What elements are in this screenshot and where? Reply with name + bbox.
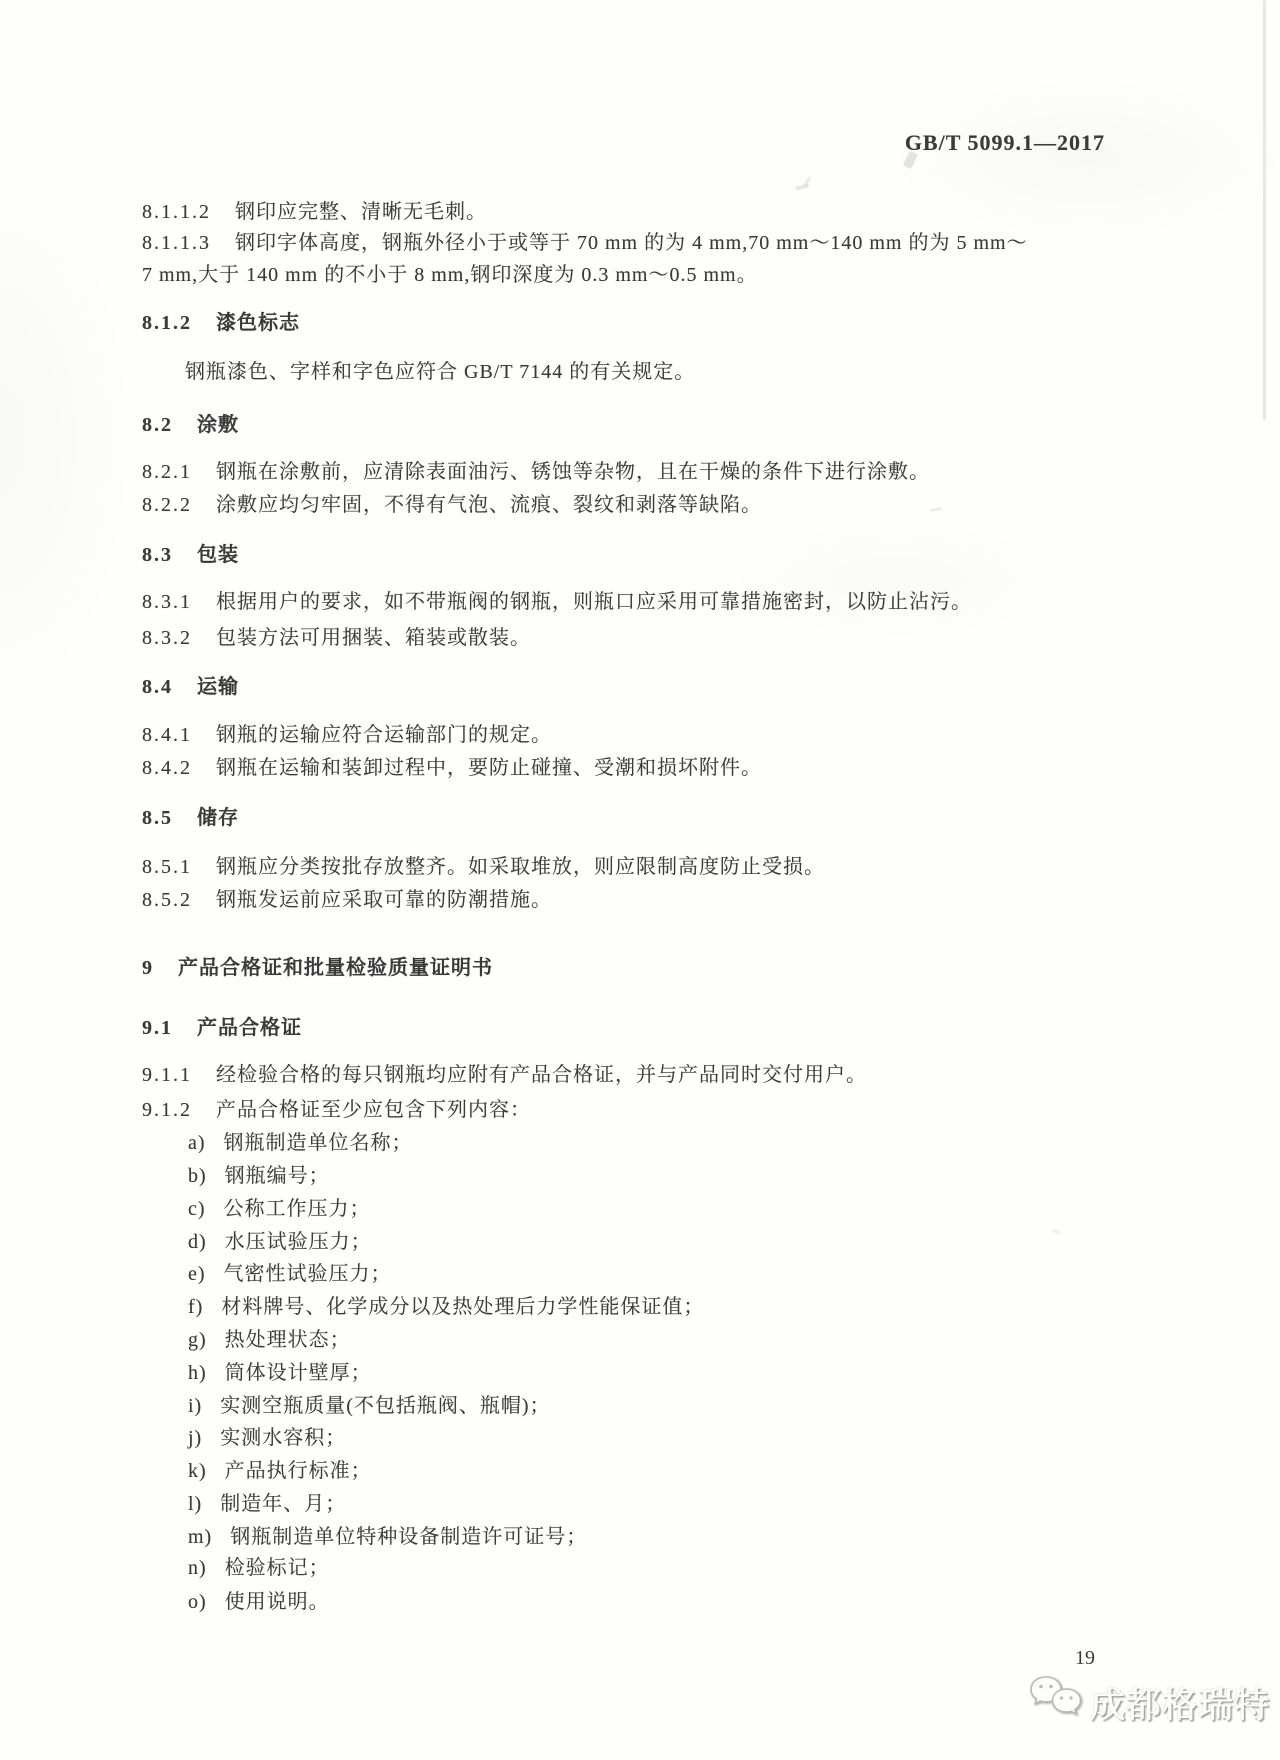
list-text: 实测水容积； [220, 1427, 346, 1449]
list-text: 使用说明。 [225, 1591, 330, 1613]
clause-text: 根据用户的要求，如不带瓶阀的钢瓶，则瓶口应采用可靠措施密封，以防止沾污。 [216, 591, 972, 613]
clause-text: 经检验合格的每只钢瓶均应附有产品合格证，并与产品同时交付用户。 [216, 1064, 867, 1086]
clause-number: 8.5.1 [142, 852, 192, 882]
clause-number: 9.1.2 [142, 1095, 192, 1125]
clause-8.1.1.3: 8.1.1.3钢印字体高度，钢瓶外径小于或等于 70 mm 的为 4 mm,70… [142, 228, 1110, 258]
clause-number: 9.1.1 [142, 1060, 192, 1090]
clause-text: 钢瓶在运输和装卸过程中，要防止碰撞、受潮和损坏附件。 [216, 757, 762, 779]
page-number: 19 [142, 1643, 1110, 1673]
heading-8.3: 8.3包装 [142, 540, 1110, 570]
heading-text: 漆色标志 [216, 312, 300, 334]
heading-8.4: 8.4运输 [142, 672, 1110, 702]
list-letter: o) [188, 1587, 207, 1617]
list-item-a: a)钢瓶制造单位名称； [142, 1128, 1110, 1158]
clause-number: 8.3.2 [142, 623, 192, 653]
list-item-l: l)制造年、月； [142, 1489, 1110, 1519]
list-item-c: c)公称工作压力； [142, 1194, 1110, 1224]
heading-8.1.2: 8.1.2漆色标志 [142, 308, 1110, 338]
list-item-n: n)检验标记； [142, 1553, 1110, 1583]
list-text: 筒体设计壁厚； [225, 1362, 372, 1384]
list-text: 热处理状态； [225, 1329, 351, 1351]
standard-number-header: GB/T 5099.1—2017 [142, 128, 1110, 158]
clause-text: 钢瓶的运输应符合运输部门的规定。 [216, 724, 552, 746]
clause-number: 8.1.1.2 [142, 197, 211, 227]
list-text: 产品执行标准； [225, 1460, 372, 1482]
clause-8.5.1: 8.5.1钢瓶应分类按批存放整齐。如采取堆放，则应限制高度防止受损。 [142, 852, 1110, 882]
clause-8.1.1.3-continued: 7 mm,大于 140 mm 的不小于 8 mm,钢印深度为 0.3 mm～0.… [142, 260, 1110, 290]
clause-number: 8.4.1 [142, 720, 192, 750]
clause-text: 钢印应完整、清晰无毛刺。 [235, 201, 487, 223]
clause-8.4.1: 8.4.1钢瓶的运输应符合运输部门的规定。 [142, 720, 1110, 750]
clause-8.3.2: 8.3.2包装方法可用捆装、箱装或散装。 [142, 623, 1110, 653]
list-letter: g) [188, 1325, 207, 1355]
list-letter: j) [188, 1423, 202, 1453]
list-letter: c) [188, 1194, 206, 1224]
clause-text: 钢瓶应分类按批存放整齐。如采取堆放，则应限制高度防止受损。 [216, 856, 825, 878]
clause-number: 9 [142, 953, 154, 983]
clause-number: 8.5.2 [142, 885, 192, 915]
wechat-icon [1028, 1673, 1086, 1734]
heading-9.1: 9.1产品合格证 [142, 1013, 1110, 1043]
list-letter: h) [188, 1358, 207, 1388]
list-letter: a) [188, 1128, 206, 1158]
heading-text: 涂敷 [197, 414, 239, 436]
list-text: 钢瓶制造单位特种设备制造许可证号； [230, 1526, 587, 1548]
list-text: 水压试验压力； [225, 1231, 372, 1253]
watermark: 成都格瑞特 [1028, 1668, 1280, 1738]
list-item-k: k)产品执行标准； [142, 1456, 1110, 1486]
list-letter: e) [188, 1259, 206, 1289]
list-item-f: f)材料牌号、化学成分以及热处理后力学性能保证值； [142, 1292, 1110, 1322]
clause-number: 8.2.2 [142, 490, 192, 520]
clause-number: 8.3 [142, 540, 173, 570]
heading-8.2: 8.2涂敷 [142, 410, 1110, 440]
list-text: 检验标记； [225, 1557, 330, 1579]
clause-9.1.2: 9.1.2产品合格证至少应包含下列内容： [142, 1095, 1110, 1125]
list-item-i: i)实测空瓶质量(不包括瓶阀、瓶帽)； [142, 1391, 1110, 1421]
clause-text: 包装方法可用捆装、箱装或散装。 [216, 627, 531, 649]
heading-9: 9产品合格证和批量检验质量证明书 [142, 953, 1110, 983]
heading-text: 运输 [197, 676, 239, 698]
clause-number: 9.1 [142, 1013, 173, 1043]
clause-number: 8.2.1 [142, 457, 192, 487]
clause-number: 8.4 [142, 672, 173, 702]
watermark-text: 成都格瑞特 [1090, 1678, 1270, 1728]
heading-text: 包装 [197, 544, 239, 566]
list-item-j: j)实测水容积； [142, 1423, 1110, 1453]
list-letter: i) [188, 1391, 202, 1421]
list-text: 实测空瓶质量(不包括瓶阀、瓶帽)； [220, 1395, 550, 1417]
list-item-e: e)气密性试验压力； [142, 1259, 1110, 1289]
list-letter: m) [188, 1522, 212, 1552]
list-text: 公称工作压力； [224, 1198, 371, 1220]
clause-text: 钢印字体高度，钢瓶外径小于或等于 70 mm 的为 4 mm,70 mm～140… [235, 232, 1028, 254]
heading-8.5: 8.5储存 [142, 803, 1110, 833]
clause-number: 8.4.2 [142, 753, 192, 783]
list-item-m: m)钢瓶制造单位特种设备制造许可证号； [142, 1522, 1110, 1552]
clause-8.3.1: 8.3.1根据用户的要求，如不带瓶阀的钢瓶，则瓶口应采用可靠措施密封，以防止沾污… [142, 587, 1110, 617]
clause-text: 涂敷应均匀牢固，不得有气泡、流痕、裂纹和剥落等缺陷。 [216, 494, 762, 516]
clause-number: 8.1.2 [142, 308, 192, 338]
clause-text: 产品合格证至少应包含下列内容： [216, 1099, 531, 1121]
list-text: 气密性试验压力； [224, 1263, 392, 1285]
list-letter: k) [188, 1456, 207, 1486]
list-letter: l) [188, 1489, 202, 1519]
clause-number: 8.2 [142, 410, 173, 440]
list-text: 钢瓶制造单位名称； [224, 1132, 413, 1154]
clause-number: 8.3.1 [142, 587, 192, 617]
list-item-d: d)水压试验压力； [142, 1227, 1110, 1257]
clause-text: 7 mm,大于 140 mm 的不小于 8 mm,钢印深度为 0.3 mm～0.… [142, 264, 758, 286]
list-item-b: b)钢瓶编号； [142, 1161, 1110, 1191]
list-item-g: g)热处理状态； [142, 1325, 1110, 1355]
list-text: 钢瓶编号； [225, 1165, 330, 1187]
clause-number: 8.5 [142, 803, 173, 833]
clause-8.5.2: 8.5.2钢瓶发运前应采取可靠的防潮措施。 [142, 885, 1110, 915]
clause-8.2.1: 8.2.1钢瓶在涂敷前，应清除表面油污、锈蚀等杂物，且在干燥的条件下进行涂敷。 [142, 457, 1110, 487]
document-page: GB/T 5099.1—2017 8.1.1.2钢印应完整、清晰无毛刺。 8.1… [0, 0, 1280, 1673]
paragraph-8.1.2: 钢瓶漆色、字样和字色应符合 GB/T 7144 的有关规定。 [142, 357, 1110, 387]
clause-8.1.1.2: 8.1.1.2钢印应完整、清晰无毛刺。 [142, 197, 1110, 227]
clause-8.4.2: 8.4.2钢瓶在运输和装卸过程中，要防止碰撞、受潮和损坏附件。 [142, 753, 1110, 783]
list-letter: n) [188, 1553, 207, 1583]
clause-number: 8.1.1.3 [142, 228, 211, 258]
list-text: 制造年、月； [220, 1493, 346, 1515]
list-letter: d) [188, 1227, 207, 1257]
list-item-o: o)使用说明。 [142, 1587, 1110, 1617]
heading-text: 产品合格证和批量检验质量证明书 [178, 957, 493, 979]
clause-9.1.1: 9.1.1经检验合格的每只钢瓶均应附有产品合格证，并与产品同时交付用户。 [142, 1060, 1110, 1090]
list-letter: b) [188, 1161, 207, 1191]
heading-text: 产品合格证 [197, 1017, 302, 1039]
clause-text: 钢瓶漆色、字样和字色应符合 GB/T 7144 的有关规定。 [185, 361, 695, 383]
list-text: 材料牌号、化学成分以及热处理后力学性能保证值； [221, 1296, 704, 1318]
clause-text: 钢瓶发运前应采取可靠的防潮措施。 [216, 889, 552, 911]
clause-text: 钢瓶在涂敷前，应清除表面油污、锈蚀等杂物，且在干燥的条件下进行涂敷。 [216, 461, 930, 483]
heading-text: 储存 [197, 807, 239, 829]
clause-8.2.2: 8.2.2涂敷应均匀牢固，不得有气泡、流痕、裂纹和剥落等缺陷。 [142, 490, 1110, 520]
list-letter: f) [188, 1292, 203, 1322]
list-item-h: h)筒体设计壁厚； [142, 1358, 1110, 1388]
